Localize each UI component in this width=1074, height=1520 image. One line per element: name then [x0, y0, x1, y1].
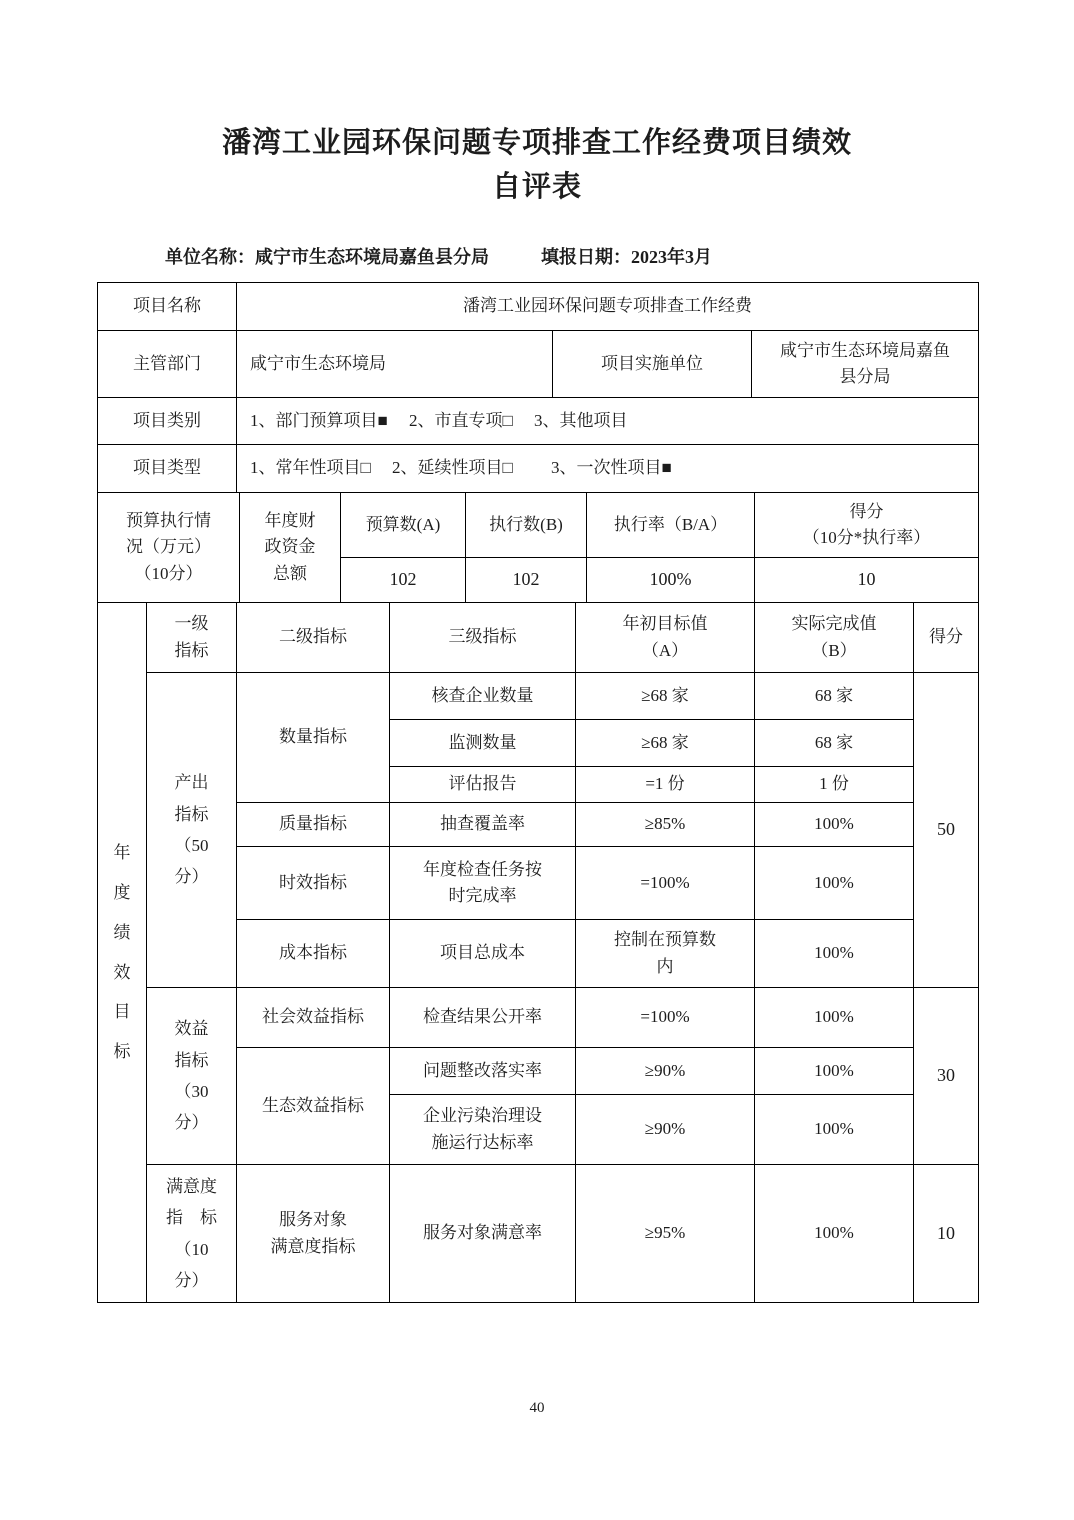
- actual-value: 100%: [755, 1095, 914, 1165]
- annual-fund-label: 年度财 政资金 总额: [240, 493, 341, 603]
- actual-value: 1 份: [755, 767, 914, 803]
- budget-amount-value: 102: [341, 558, 466, 603]
- table-row: 效益 指标 （30 分） 社会效益指标 检查结果公开率 =100% 100% 3…: [98, 988, 979, 1048]
- level1-header: 一级 指标: [147, 603, 237, 673]
- actual-value: 100%: [755, 847, 914, 920]
- actual-value: 100%: [755, 1048, 914, 1095]
- target-header: 年初目标值 （A）: [576, 603, 755, 673]
- annual-performance-goal-label: 年 度 绩 效 目 标: [98, 603, 147, 1303]
- dept-label: 主管部门: [98, 331, 237, 398]
- impl-unit-value: 咸宁市生态环境局嘉鱼 县分局: [752, 331, 979, 398]
- project-info-table: 项目名称 潘湾工业园环保问题专项排查工作经费 主管部门 咸宁市生态环境局 项目实…: [97, 282, 979, 493]
- quantity-indicator-cell: 数量指标: [237, 673, 390, 803]
- page-title: 潘湾工业园环保问题专项排查工作经费项目绩效 自评表: [0, 122, 1074, 209]
- indicator-name: 检查结果公开率: [390, 988, 576, 1048]
- table-row: 满意度 指 标 （10 分） 服务对象 满意度指标 服务对象满意率 ≥95% 1…: [98, 1165, 979, 1303]
- output-score-cell: 50: [914, 673, 979, 988]
- target-value: ≥90%: [576, 1048, 755, 1095]
- indicator-name: 监测数量: [390, 720, 576, 767]
- evaluation-table: 项目名称 潘湾工业园环保问题专项排查工作经费 主管部门 咸宁市生态环境局 项目实…: [97, 282, 978, 1303]
- actual-value: 100%: [755, 920, 914, 988]
- target-value: ≥85%: [576, 803, 755, 847]
- target-value: ≥68 家: [576, 673, 755, 720]
- target-value: ≥95%: [576, 1165, 755, 1303]
- benefit-indicator-cell: 效益 指标 （30 分）: [147, 988, 237, 1165]
- target-value: =1 份: [576, 767, 755, 803]
- executed-amount-value: 102: [466, 558, 587, 603]
- project-category-value: 1、部门预算项目■ 2、市直专项□ 3、其他项目: [237, 398, 979, 445]
- impl-unit-label: 项目实施单位: [553, 331, 752, 398]
- table-row: 项目类别 1、部门预算项目■ 2、市直专项□ 3、其他项目: [98, 398, 979, 445]
- cost-indicator-cell: 成本指标: [237, 920, 390, 988]
- target-value: =100%: [576, 988, 755, 1048]
- unit-name-label: 单位名称：: [165, 243, 255, 269]
- budget-section-label: 预算执行情 况（万元） （10分）: [98, 493, 240, 603]
- eco-benefit-indicator-cell: 生态效益指标: [237, 1048, 390, 1165]
- actual-value: 68 家: [755, 673, 914, 720]
- social-benefit-indicator-cell: 社会效益指标: [237, 988, 390, 1048]
- target-value: ≥90%: [576, 1095, 755, 1165]
- document-page: 潘湾工业园环保问题专项排查工作经费项目绩效 自评表 单位名称：咸宁市生态环境局嘉…: [0, 0, 1074, 1520]
- report-date-value: 2023年3月: [631, 243, 712, 269]
- unit-name-value: 咸宁市生态环境局嘉鱼县分局: [255, 243, 489, 269]
- score-header: 得分: [914, 603, 979, 673]
- indicator-name: 企业污染治理设 施运行达标率: [390, 1095, 576, 1165]
- table-row: 年 度 绩 效 目 标 一级 指标 二级指标 三级指标 年初目标值 （A） 实际…: [98, 603, 979, 673]
- target-value: ≥68 家: [576, 720, 755, 767]
- target-value: 控制在预算数 内: [576, 920, 755, 988]
- service-target-satisfaction-cell: 服务对象 满意度指标: [237, 1165, 390, 1303]
- table-row: 预算执行情 况（万元） （10分） 年度财 政资金 总额 预算数(A) 执行数(…: [98, 493, 979, 558]
- benefit-score-cell: 30: [914, 988, 979, 1165]
- quality-indicator-cell: 质量指标: [237, 803, 390, 847]
- budget-score-header: 得分 （10分*执行率）: [755, 493, 979, 558]
- table-row: 主管部门 咸宁市生态环境局 项目实施单位 咸宁市生态环境局嘉鱼 县分局: [98, 331, 979, 398]
- project-type-label: 项目类型: [98, 445, 237, 493]
- budget-execution-table: 预算执行情 况（万元） （10分） 年度财 政资金 总额 预算数(A) 执行数(…: [97, 492, 979, 603]
- timeliness-indicator-cell: 时效指标: [237, 847, 390, 920]
- execution-rate-value: 100%: [587, 558, 755, 603]
- performance-indicator-table: 年 度 绩 效 目 标 一级 指标 二级指标 三级指标 年初目标值 （A） 实际…: [97, 602, 979, 1303]
- indicator-name: 年度检查任务按 时完成率: [390, 847, 576, 920]
- output-indicator-cell: 产出 指标 （50 分）: [147, 673, 237, 988]
- actual-value: 100%: [755, 1165, 914, 1303]
- level3-header: 三级指标: [390, 603, 576, 673]
- indicator-name: 抽查覆盖率: [390, 803, 576, 847]
- actual-value: 100%: [755, 988, 914, 1048]
- project-category-label: 项目类别: [98, 398, 237, 445]
- table-row: 项目类型 1、常年性项目□ 2、延续性项目□ 3、一次性项目■: [98, 445, 979, 493]
- actual-value: 68 家: [755, 720, 914, 767]
- executed-amount-header: 执行数(B): [466, 493, 587, 558]
- budget-amount-header: 预算数(A): [341, 493, 466, 558]
- table-row: 项目名称 潘湾工业园环保问题专项排查工作经费: [98, 283, 979, 331]
- table-row: 产出 指标 （50 分） 数量指标 核查企业数量 ≥68 家 68 家 50: [98, 673, 979, 720]
- budget-score-value: 10: [755, 558, 979, 603]
- report-date-label: 填报日期：: [541, 243, 631, 269]
- level2-header: 二级指标: [237, 603, 390, 673]
- indicator-name: 服务对象满意率: [390, 1165, 576, 1303]
- page-number: 40: [0, 1400, 1074, 1417]
- indicator-name: 核查企业数量: [390, 673, 576, 720]
- target-value: =100%: [576, 847, 755, 920]
- indicator-name: 项目总成本: [390, 920, 576, 988]
- indicator-name: 评估报告: [390, 767, 576, 803]
- meta-line: 单位名称：咸宁市生态环境局嘉鱼县分局 填报日期：2023年3月: [165, 243, 1074, 269]
- dept-value: 咸宁市生态环境局: [237, 331, 553, 398]
- indicator-name: 问题整改落实率: [390, 1048, 576, 1095]
- actual-value: 100%: [755, 803, 914, 847]
- actual-header: 实际完成值 （B）: [755, 603, 914, 673]
- satisfaction-indicator-cell: 满意度 指 标 （10 分）: [147, 1165, 237, 1303]
- execution-rate-header: 执行率（B/A）: [587, 493, 755, 558]
- project-name-label: 项目名称: [98, 283, 237, 331]
- satisfaction-score-cell: 10: [914, 1165, 979, 1303]
- project-name-value: 潘湾工业园环保问题专项排查工作经费: [237, 283, 979, 331]
- project-type-value: 1、常年性项目□ 2、延续性项目□ 3、一次性项目■: [237, 445, 979, 493]
